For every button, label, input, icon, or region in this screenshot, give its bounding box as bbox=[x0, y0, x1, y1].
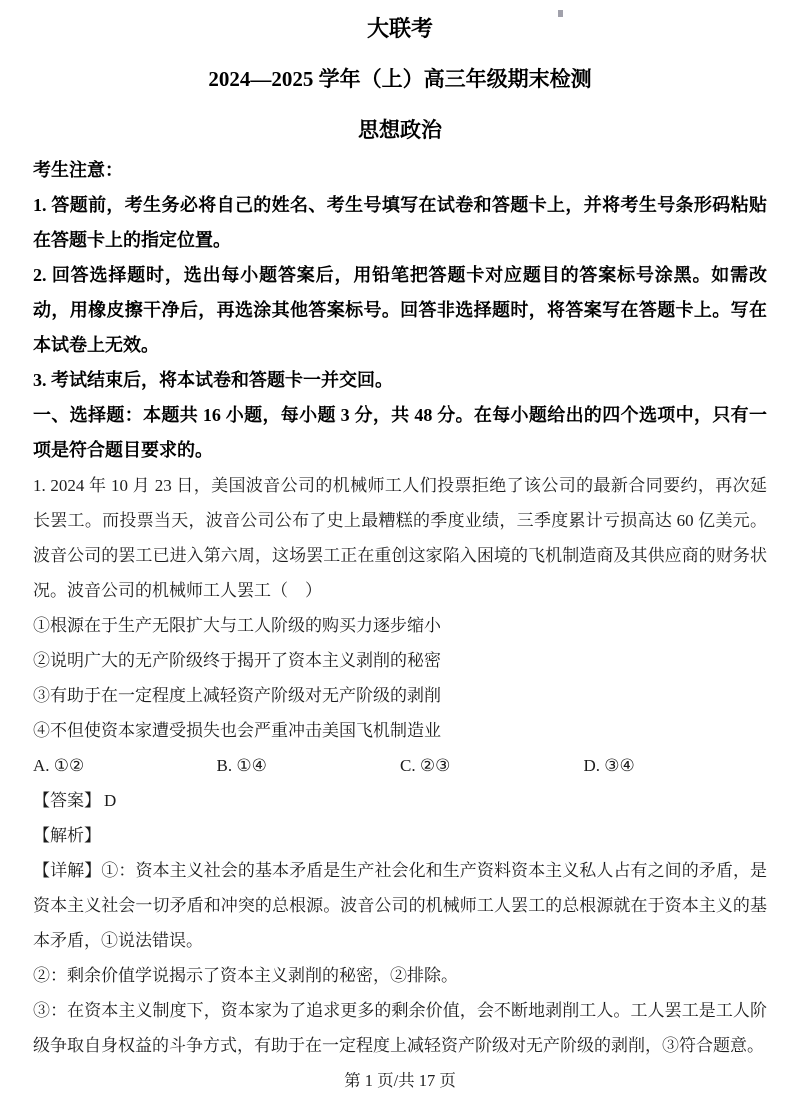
question-1-statement-1: ①根源在于生产无限扩大与工人阶级的购买力逐步缩小 bbox=[33, 608, 767, 643]
explanation-paragraph-2: ②：剩余价值学说揭示了资本主义剥削的秘密，②排除。 bbox=[33, 958, 767, 993]
question-1-statement-2: ②说明广大的无产阶级终于揭开了资本主义剥削的秘密 bbox=[33, 643, 767, 678]
title-block: 大联考 2024—2025 学年（上）高三年级期末检测 思想政治 bbox=[33, 8, 767, 145]
answer-value: D bbox=[104, 791, 116, 810]
explanation-label: 【详解】 bbox=[33, 861, 101, 880]
question-1-stem: 1. 2024 年 10 月 23 日，美国波音公司的机械师工人们投票拒绝了该公… bbox=[33, 468, 767, 608]
notice-item-3: 3. 考试结束后，将本试卷和答题卡一并交回。 bbox=[33, 363, 767, 398]
exam-subject-title: 思想政治 bbox=[33, 115, 767, 145]
explanation-paragraph-1: 【详解】①：资本主义社会的基本矛盾是生产社会化和生产资料资本主义私人占有之间的矛… bbox=[33, 853, 767, 958]
notice-heading: 考生注意： bbox=[33, 153, 767, 188]
question-1-choices: A. ①② B. ①④ C. ②③ D. ③④ bbox=[33, 748, 767, 783]
choice-d: D. ③④ bbox=[584, 748, 768, 783]
exam-brand-title: 大联考 bbox=[33, 8, 767, 44]
section-header: 一、选择题：本题共 16 小题，每小题 3 分，共 48 分。在每小题给出的四个… bbox=[33, 398, 767, 468]
choice-c: C. ②③ bbox=[400, 748, 584, 783]
notice-item-1: 1. 答题前，考生务必将自己的姓名、考生号填写在试卷和答题卡上，并将考生号条形码… bbox=[33, 188, 767, 258]
choice-a: A. ①② bbox=[33, 748, 217, 783]
answer-label: 【答案】 bbox=[33, 791, 101, 810]
exam-session-title: 2024—2025 学年（上）高三年级期末检测 bbox=[33, 64, 767, 94]
explanation-paragraph-3: ③：在资本主义制度下，资本家为了追求更多的剩余价值，会不断地剥削工人。工人罢工是… bbox=[33, 993, 767, 1063]
question-1-statement-3: ③有助于在一定程度上减轻资产阶级对无产阶级的剥削 bbox=[33, 678, 767, 713]
question-1-statement-4: ④不但使资本家遭受损失也会严重冲击美国飞机制造业 bbox=[33, 713, 767, 748]
notice-item-2: 2. 回答选择题时，选出每小题答案后，用铅笔把答题卡对应题目的答案标号涂黑。如需… bbox=[33, 258, 767, 363]
answer-line: 【答案】D bbox=[33, 783, 767, 818]
page-number-footer: 第 1 页/共 17 页 bbox=[33, 1063, 767, 1098]
choice-b: B. ①④ bbox=[217, 748, 401, 783]
scan-artifact-speck bbox=[558, 10, 563, 17]
explanation-text-1: ①：资本主义社会的基本矛盾是生产社会化和生产资料资本主义私人占有之间的矛盾，是资… bbox=[33, 861, 767, 950]
analysis-label: 【解析】 bbox=[33, 818, 767, 853]
exam-page: 大联考 2024—2025 学年（上）高三年级期末检测 思想政治 考生注意： 1… bbox=[0, 0, 800, 1098]
document-body: 考生注意： 1. 答题前，考生务必将自己的姓名、考生号填写在试卷和答题卡上，并将… bbox=[33, 153, 767, 1098]
